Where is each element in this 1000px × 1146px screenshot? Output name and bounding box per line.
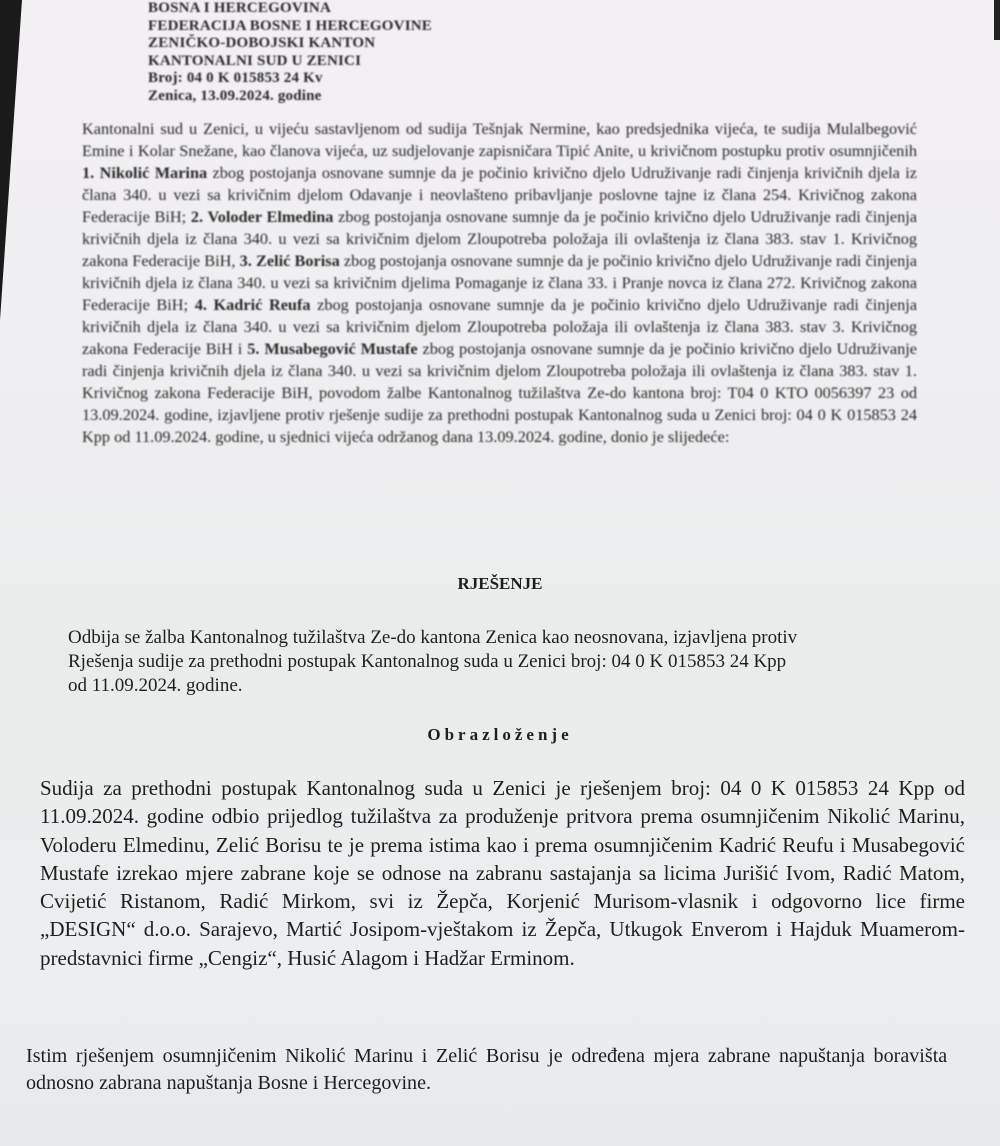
suspect-name: 3. Zelić Borisa: [240, 251, 340, 270]
reasoning-paragraph: Sudija za prethodni postupak Kantonalnog…: [40, 774, 965, 972]
decision-text: Odbija se žalba Kantonalnog tužilaštva Z…: [68, 626, 968, 698]
header-line: KANTONALNI SUD U ZENICI: [148, 53, 432, 71]
suspect-name: 2. Voloder Elmedina: [191, 207, 334, 226]
reasoning-title: Obrazloženje: [0, 725, 1000, 745]
decision-line: Odbija se žalba Kantonalnog tužilaštva Z…: [68, 626, 968, 650]
header-line: BOSNA I HERCEGOVINA: [148, 0, 432, 18]
header-line: ZENIČKO-DOBOJSKI KANTON: [148, 35, 432, 53]
decision-title: RJEŠENJE: [0, 574, 1000, 594]
reasoning-paragraph-2: Istim rješenjem osumnjičenim Nikolić Mar…: [26, 1043, 947, 1097]
decision-line: od 11.09.2024. godine.: [68, 674, 968, 698]
intro-text: Kantonalni sud u Zenici, u vijeću sastav…: [82, 119, 917, 160]
document-date: Zenica, 13.09.2024. godine: [148, 88, 432, 106]
suspect-name: 4. Kadrić Reufa: [195, 295, 311, 314]
photo-background-edge: [994, 0, 1000, 40]
header-line: FEDERACIJA BOSNE I HERCEGOVINE: [148, 18, 432, 36]
decision-line: Rješenja sudije za prethodni postupak Ka…: [68, 650, 968, 674]
case-number: Broj: 04 0 K 015853 24 Kv: [148, 70, 432, 88]
intro-paragraph: Kantonalni sud u Zenici, u vijeću sastav…: [82, 118, 917, 448]
suspect-name: 5. Musabegović Mustafe: [247, 339, 417, 358]
court-header: BOSNA I HERCEGOVINA FEDERACIJA BOSNE I H…: [148, 0, 432, 105]
document-page: BOSNA I HERCEGOVINA FEDERACIJA BOSNE I H…: [0, 0, 1000, 1146]
suspect-name: 1. Nikolić Marina: [82, 163, 207, 182]
